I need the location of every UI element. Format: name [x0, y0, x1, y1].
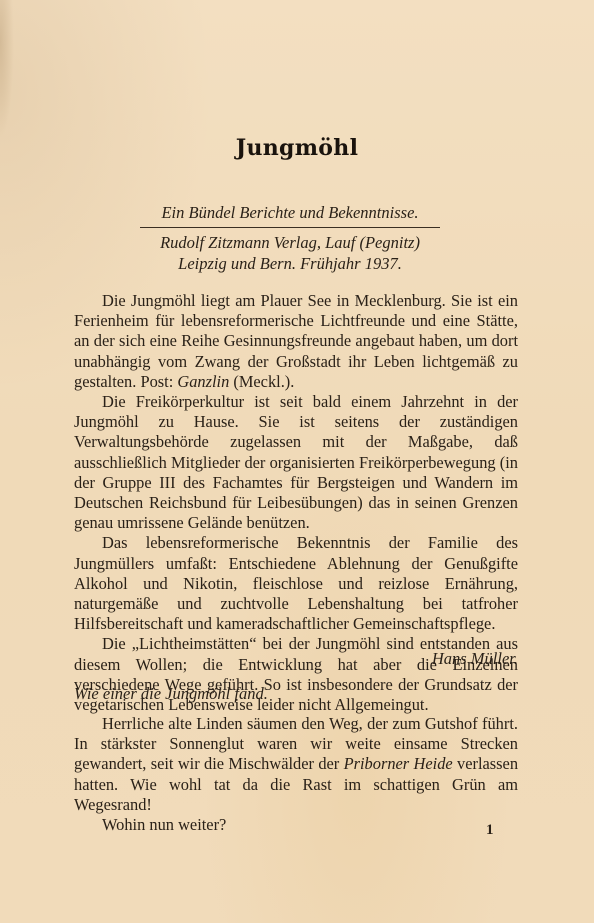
book-page: Jungmöhl Ein Bündel Berichte und Bekennt… [0, 0, 594, 923]
page-edge-shadow [0, 0, 14, 140]
paragraph: Die Jungmöhl liegt am Plauer See in Meck… [74, 291, 518, 392]
publisher-line: Rudolf Zitzmann Verlag, Lauf (Pegnitz) [140, 232, 440, 253]
book-subtitle: Ein Bündel Berichte und Bekenntnisse. [140, 202, 440, 228]
paragraph: Die Freikörperkultur ist seit bald einem… [74, 392, 518, 533]
paragraph: Das lebensreformerische Bekenntnis der F… [74, 533, 518, 634]
place-name-emphasis: Ganzlin [177, 372, 229, 391]
paragraph-text: (Meckl.). [229, 372, 294, 391]
place-date-line: Leipzig und Bern. Frühjahr 1937. [140, 253, 440, 274]
paragraph: Herrliche alte Linden säumen den Weg, de… [74, 714, 518, 815]
section-2-body: Herrliche alte Linden säumen den Weg, de… [74, 714, 518, 835]
paragraph-text: Die Jungmöhl liegt am Plauer See in Meck… [74, 291, 518, 391]
page-number: 1 [486, 822, 494, 839]
page-title: Jungmöhl [0, 135, 594, 161]
bibliography-block: Ein Bündel Berichte und Bekenntnisse. Ru… [140, 202, 440, 274]
author-signature: Hans Müller. [432, 649, 518, 669]
paragraph: Wohin nun weiter? [74, 815, 518, 835]
place-name-emphasis: Priborner Heide [344, 754, 453, 773]
section-heading: Wie einer die Jungmöhl fand. [74, 684, 268, 704]
